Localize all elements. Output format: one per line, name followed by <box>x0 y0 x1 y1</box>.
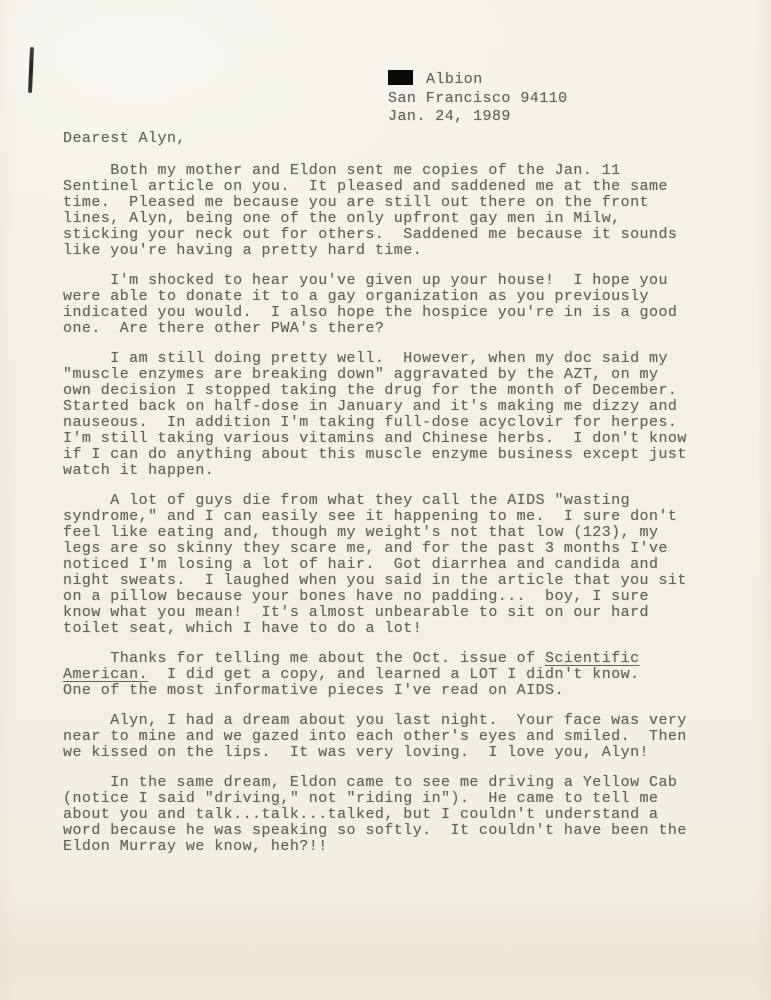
underlined-text: Scientific <box>545 650 640 667</box>
pen-mark <box>28 47 34 93</box>
address-street-line: Albion <box>388 70 568 90</box>
letter-page: Albion San Francisco 94110 Jan. 24, 1989… <box>0 0 771 1000</box>
address-street: Albion <box>426 71 483 88</box>
letter-body: Both my mother and Eldon sent me copies … <box>63 163 723 869</box>
paragraph: Both my mother and Eldon sent me copies … <box>63 163 723 259</box>
paragraph: A lot of guys die from what they call th… <box>63 493 723 637</box>
address-block: Albion San Francisco 94110 Jan. 24, 1989 <box>388 70 568 127</box>
letter-date: Jan. 24, 1989 <box>388 108 568 127</box>
redaction-box <box>388 70 413 85</box>
address-city: San Francisco 94110 <box>388 90 568 109</box>
underlined-text: American. <box>63 666 148 683</box>
salutation: Dearest Alyn, <box>63 131 186 147</box>
paragraph: Alyn, I had a dream about you last night… <box>63 713 723 761</box>
paragraph: Thanks for telling me about the Oct. iss… <box>63 651 723 699</box>
paragraph: I'm shocked to hear you've given up your… <box>63 273 723 337</box>
paragraph: I am still doing pretty well. However, w… <box>63 351 723 479</box>
paragraph: In the same dream, Eldon came to see me … <box>63 775 723 855</box>
